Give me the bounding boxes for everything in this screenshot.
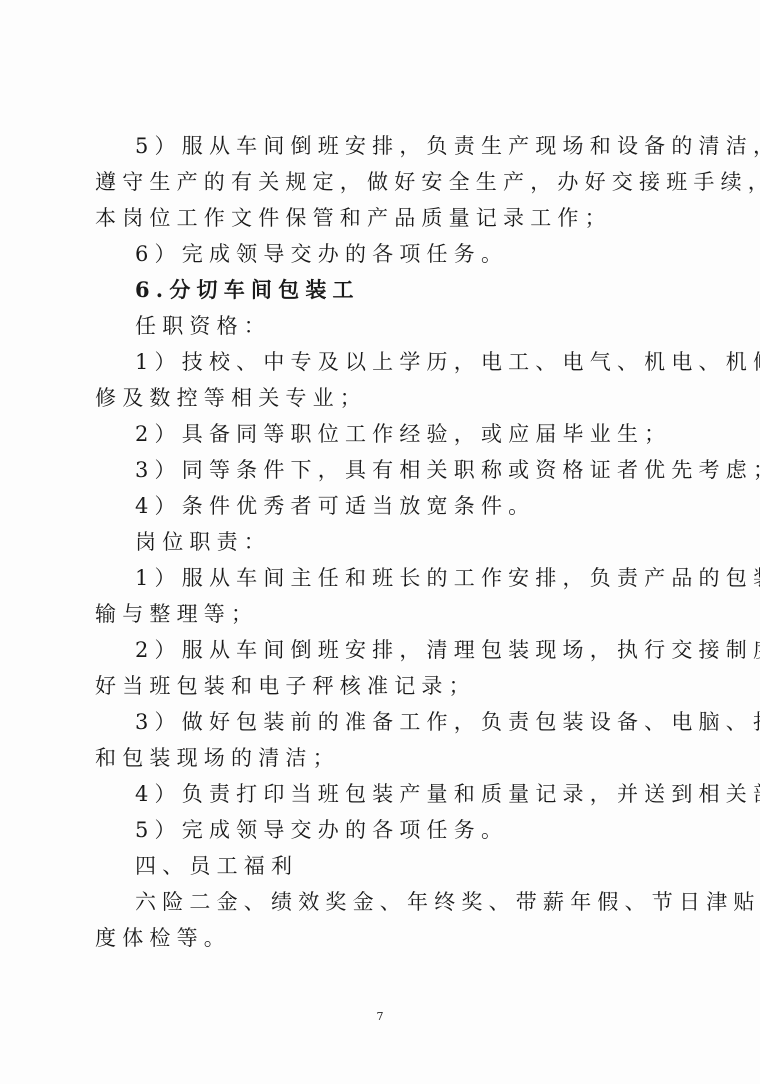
text-line: 4）负责打印当班包装产量和质量记录，并送到相关部门； [95,776,670,812]
text-line: 修及数控等相关专业； [95,380,670,416]
text-line: 5）服从车间倒班安排，负责生产现场和设备的清洁，严格 [95,128,670,164]
page-number: 7 [0,1010,760,1023]
label-text: 任职资格： [95,308,670,344]
text-line: 输与整理等； [95,596,670,632]
qualification-item-2: 2）具备同等职位工作经验，或应届毕业生； [95,416,670,452]
text-line: 3）做好包装前的准备工作，负责包装设备、电脑、打印机 [95,704,670,740]
section-heading-benefits: 四、员工福利 [95,848,670,884]
text-line: 1）服从车间主任和班长的工作安排，负责产品的包装、运 [95,560,670,596]
heading-text: 6.分切车间包装工 [95,272,670,308]
text-line: 遵守生产的有关规定，做好安全生产，办好交接班手续，负责 [95,164,670,200]
duty-item-5: 5）服从车间倒班安排，负责生产现场和设备的清洁，严格 遵守生产的有关规定，做好安… [95,128,670,236]
qualifications-label: 任职资格： [95,308,670,344]
text-line: 2）具备同等职位工作经验，或应届毕业生； [95,416,670,452]
text-line: 4）条件优秀者可适当放宽条件。 [95,488,670,524]
page-content: 5）服从车间倒班安排，负责生产现场和设备的清洁，严格 遵守生产的有关规定，做好安… [95,128,670,956]
duties-label: 岗位职责： [95,524,670,560]
duty-item-1: 1）服从车间主任和班长的工作安排，负责产品的包装、运 输与整理等； [95,560,670,632]
duty-item-5b: 5）完成领导交办的各项任务。 [95,812,670,848]
text-line: 1）技校、中专及以上学历，电工、电气、机电、机修、汽 [95,344,670,380]
document-page: 5）服从车间倒班安排，负责生产现场和设备的清洁，严格 遵守生产的有关规定，做好安… [0,0,760,1084]
text-line: 6）完成领导交办的各项任务。 [95,236,670,272]
heading-text: 四、员工福利 [95,848,670,884]
duty-item-3: 3）做好包装前的准备工作，负责包装设备、电脑、打印机 和包装现场的清洁； [95,704,670,776]
text-line: 六险二金、绩效奖金、年终奖、带薪年假、节日津贴、年 [95,884,670,920]
text-line: 3）同等条件下，具有相关职称或资格证者优先考虑； [95,452,670,488]
duty-item-4: 4）负责打印当班包装产量和质量记录，并送到相关部门； [95,776,670,812]
qualification-item-1: 1）技校、中专及以上学历，电工、电气、机电、机修、汽 修及数控等相关专业； [95,344,670,416]
text-line: 5）完成领导交办的各项任务。 [95,812,670,848]
text-line: 本岗位工作文件保管和产品质量记录工作； [95,200,670,236]
duty-item-2: 2）服从车间倒班安排，清理包装现场，执行交接制度，做 好当班包装和电子秤核准记录… [95,632,670,704]
text-line: 好当班包装和电子秤核准记录； [95,668,670,704]
label-text: 岗位职责： [95,524,670,560]
benefits-paragraph: 六险二金、绩效奖金、年终奖、带薪年假、节日津贴、年 度体检等。 [95,884,670,956]
text-line: 和包装现场的清洁； [95,740,670,776]
qualification-item-3: 3）同等条件下，具有相关职称或资格证者优先考虑； [95,452,670,488]
text-line: 2）服从车间倒班安排，清理包装现场，执行交接制度，做 [95,632,670,668]
text-line: 度体检等。 [95,920,670,956]
duty-item-6: 6）完成领导交办的各项任务。 [95,236,670,272]
qualification-item-4: 4）条件优秀者可适当放宽条件。 [95,488,670,524]
position-heading: 6.分切车间包装工 [95,272,670,308]
